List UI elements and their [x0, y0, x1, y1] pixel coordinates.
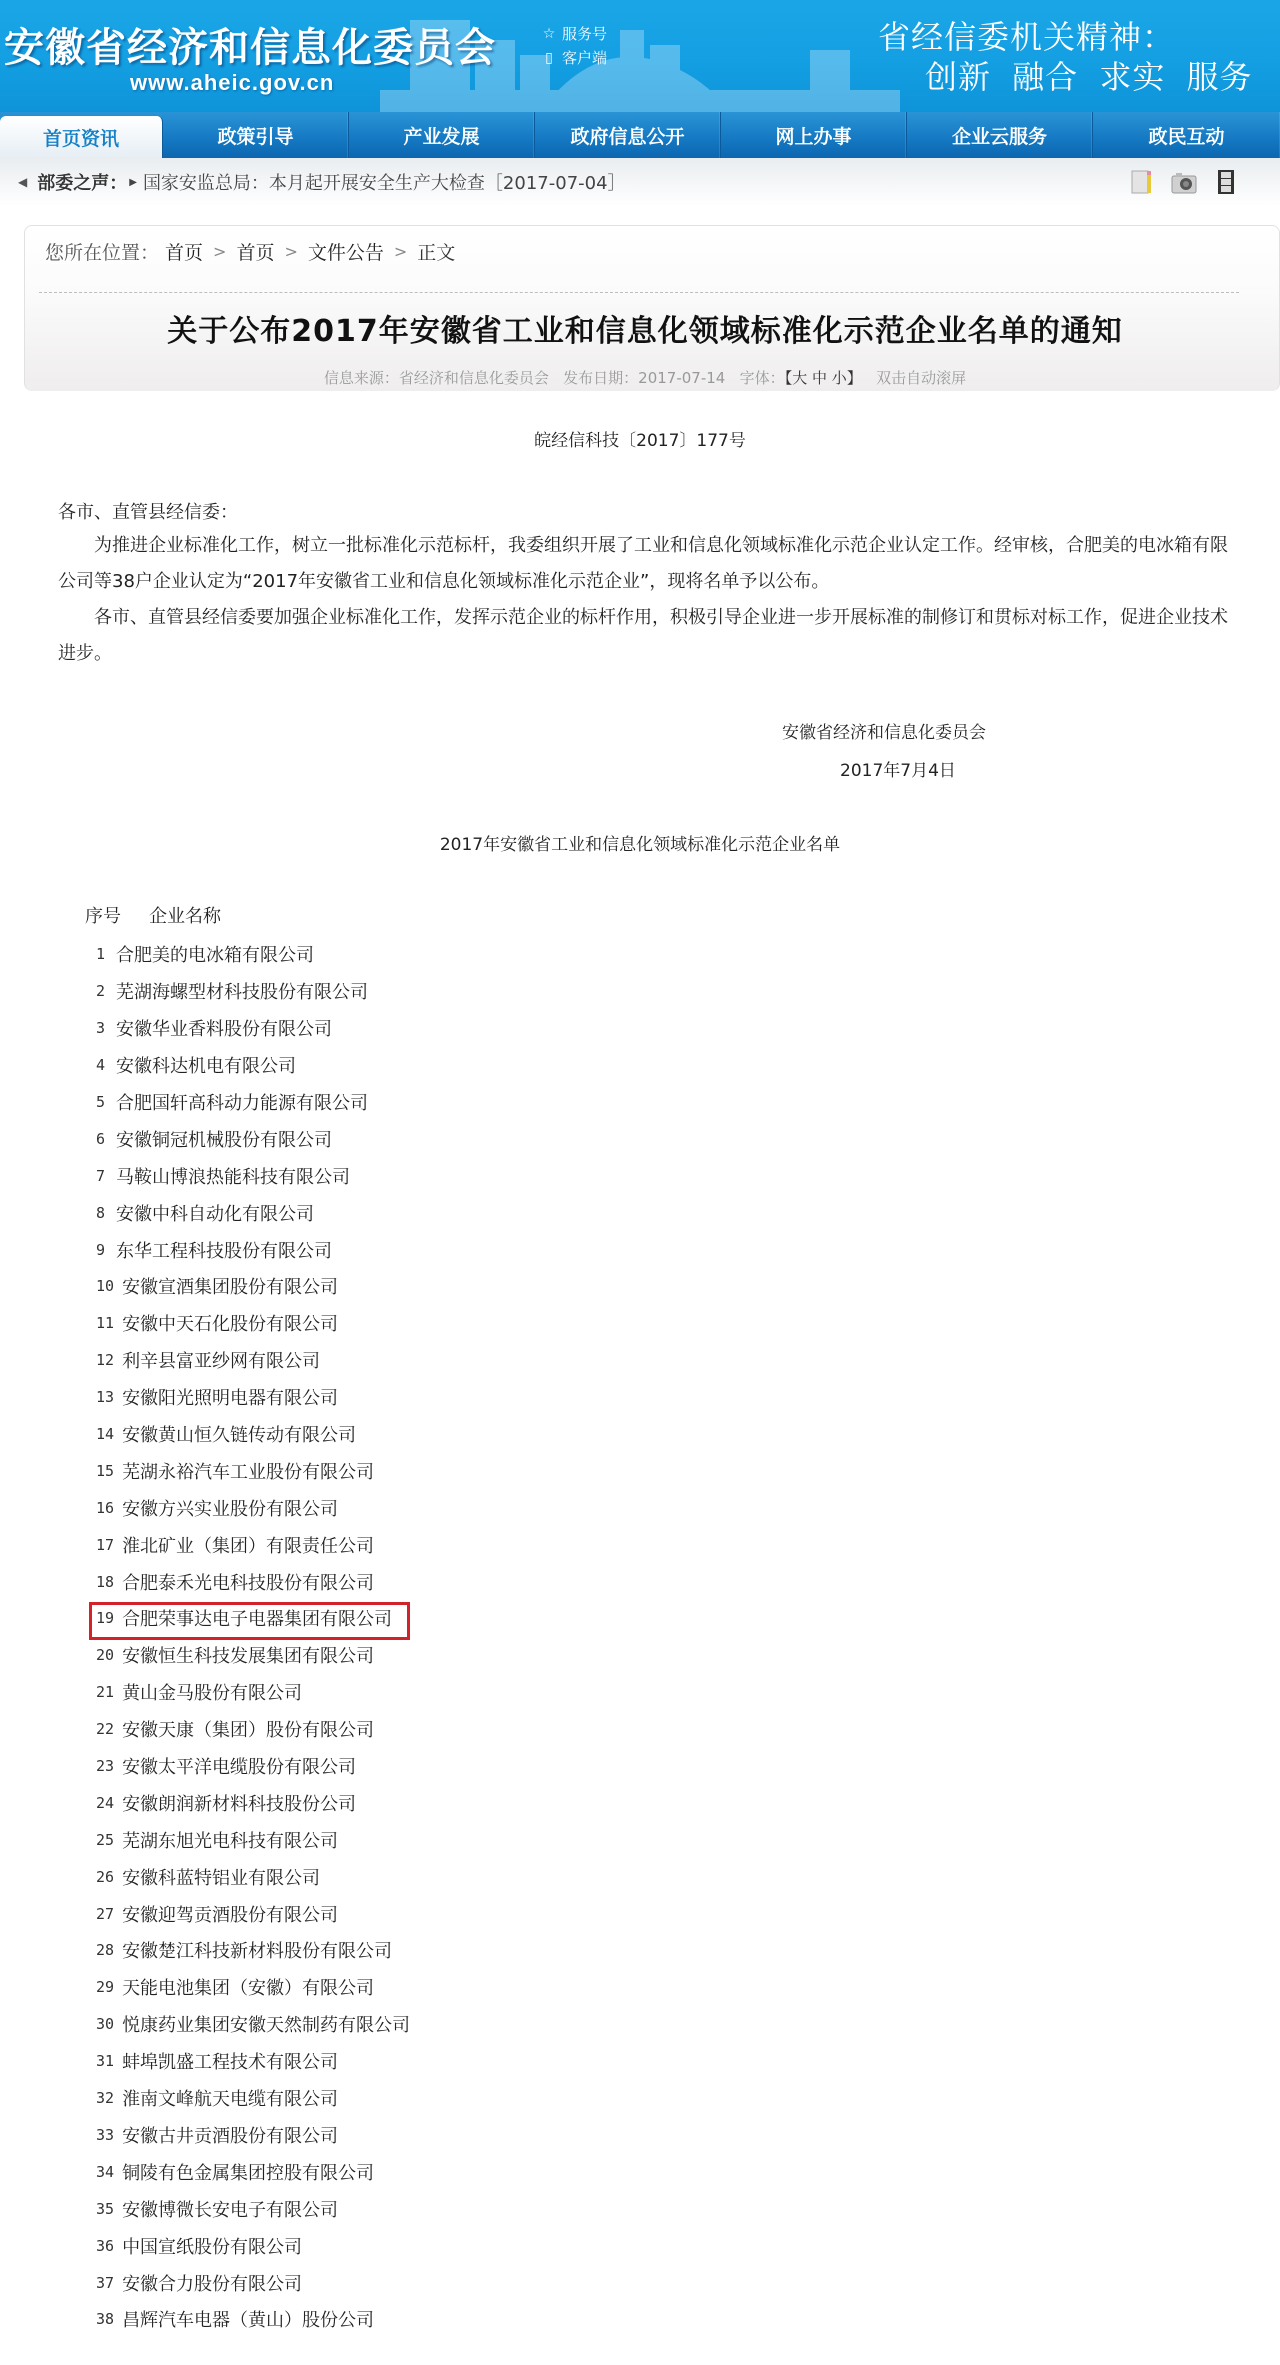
list-item: 31蚌埠凯盛工程技术有限公司: [96, 2043, 410, 2080]
service-account-link[interactable]: ☆ 服务号: [542, 22, 607, 46]
item-index: 11: [96, 1314, 114, 1332]
item-index: 12: [96, 1351, 114, 1369]
quick-links: ☆ 服务号 ▯ 客户端: [542, 22, 607, 70]
nav-item-public-interaction[interactable]: 政民互动: [1093, 112, 1280, 158]
breadcrumb: 您所在位置： 首页 > 首页 > 文件公告 > 正文: [45, 238, 455, 265]
list-item: 9东华工程科技股份有限公司: [96, 1231, 410, 1268]
company-name: 安徽合力股份有限公司: [122, 2270, 302, 2296]
company-name: 合肥荣事达电子电器集团有限公司: [122, 1605, 392, 1631]
item-index: 4: [96, 1056, 108, 1074]
item-index: 33: [96, 2126, 114, 2144]
item-index: 8: [96, 1204, 108, 1222]
item-index: 27: [96, 1905, 114, 1923]
item-index: 3: [96, 1019, 108, 1037]
item-index: 34: [96, 2163, 114, 2181]
list-item: 7马鞍山博浪热能科技有限公司: [96, 1157, 410, 1194]
nav-item-enterprise-cloud[interactable]: 企业云服务: [907, 112, 1093, 158]
item-index: 36: [96, 2237, 114, 2255]
film-icon[interactable]: [1212, 168, 1240, 196]
company-name: 安徽中天石化股份有限公司: [122, 1310, 338, 1336]
company-name: 安徽朗润新材料科技股份公司: [122, 1790, 356, 1816]
company-name: 安徽科达机电有限公司: [116, 1052, 296, 1078]
list-item: 17淮北矿业（集团）有限责任公司: [96, 1526, 410, 1563]
breadcrumb-home[interactable]: 首页: [165, 238, 203, 265]
list-item: 34铜陵有色金属集团控股有限公司: [96, 2153, 410, 2190]
header-company-name: 企业名称: [149, 906, 221, 927]
list-item: 15芜湖永裕汽车工业股份有限公司: [96, 1452, 410, 1489]
item-index: 6: [96, 1130, 108, 1148]
news-ticker: ◀︎ 部委之声： ▶ 国家安监总局：本月起开展安全生产大检查［2017-07-0…: [0, 158, 1280, 206]
font-size-small[interactable]: 小: [832, 369, 847, 387]
site-banner: 安徽省经济和信息化委员会 www.aheic.gov.cn ☆ 服务号 ▯ 客户…: [0, 0, 1280, 112]
list-item: 21黄山金马股份有限公司: [96, 1674, 410, 1711]
list-item: 36中国宣纸股份有限公司: [96, 2227, 410, 2264]
company-name: 昌辉汽车电器（黄山）股份公司: [122, 2306, 374, 2332]
slogan-values: 创新 融合 求实 服务: [925, 52, 1253, 98]
item-index: 15: [96, 1462, 114, 1480]
speaker-icon: ◀︎: [18, 175, 27, 189]
font-size-medium[interactable]: 中: [812, 369, 827, 387]
company-name: 芜湖永裕汽车工业股份有限公司: [122, 1458, 374, 1484]
ticker-label: 部委之声：: [37, 169, 127, 195]
company-name: 安徽迎驾贡酒股份有限公司: [122, 1901, 338, 1927]
header-index: 序号: [85, 906, 121, 927]
company-name: 淮北矿业（集团）有限责任公司: [122, 1532, 374, 1558]
company-name: 中国宣纸股份有限公司: [122, 2233, 302, 2259]
list-item-highlighted: 19合肥荣事达电子电器集团有限公司: [96, 1600, 410, 1637]
item-index: 38: [96, 2310, 114, 2328]
client-app-label: 客户端: [562, 46, 607, 70]
list-item: 30悦康药业集团安徽天然制药有限公司: [96, 2006, 410, 2043]
service-account-label: 服务号: [562, 22, 607, 46]
company-name: 马鞍山博浪热能科技有限公司: [116, 1163, 350, 1189]
item-index: 18: [96, 1573, 114, 1591]
company-name: 安徽阳光照明电器有限公司: [122, 1384, 338, 1410]
company-name: 悦康药业集团安徽天然制药有限公司: [122, 2011, 410, 2037]
list-item: 1合肥美的电冰箱有限公司: [96, 936, 410, 973]
breadcrumb-current: 正文: [417, 238, 455, 265]
company-name: 东华工程科技股份有限公司: [116, 1237, 332, 1263]
list-item: 32淮南文峰航天电缆有限公司: [96, 2080, 410, 2117]
company-name: 安徽中科自动化有限公司: [116, 1200, 314, 1226]
list-item: 37安徽合力股份有限公司: [96, 2264, 410, 2301]
signer: 安徽省经济和信息化委员会: [782, 718, 986, 743]
item-index: 14: [96, 1425, 114, 1443]
item-index: 1: [96, 945, 108, 963]
company-name: 黄山金马股份有限公司: [122, 1679, 302, 1705]
notebook-icon[interactable]: [1128, 168, 1156, 196]
nav-item-policy[interactable]: 政策引导: [163, 112, 349, 158]
item-index: 20: [96, 1646, 114, 1664]
item-index: 26: [96, 1868, 114, 1886]
company-name: 安徽宣酒集团股份有限公司: [122, 1273, 338, 1299]
list-item: 24安徽朗润新材料科技股份公司: [96, 1784, 410, 1821]
company-name: 合肥泰禾光电科技股份有限公司: [122, 1569, 374, 1595]
breadcrumb-announcements[interactable]: 文件公告: [308, 238, 384, 265]
company-name: 安徽楚江科技新材料股份有限公司: [122, 1937, 392, 1963]
item-index: 21: [96, 1683, 114, 1701]
list-item: 3安徽华业香料股份有限公司: [96, 1010, 410, 1047]
auto-scroll-toggle[interactable]: 双击自动滚屏: [876, 369, 966, 387]
list-item: 35安徽博微长安电子有限公司: [96, 2190, 410, 2227]
nav-item-online-services[interactable]: 网上办事: [721, 112, 907, 158]
main-nav: 首页资讯 政策引导 产业发展 政府信息公开 网上办事 企业云服务 政民互动: [0, 112, 1280, 158]
ticker-tools: [1128, 168, 1240, 196]
company-name: 芜湖海螺型材科技股份有限公司: [116, 978, 368, 1004]
article-meta: 信息来源：省经济和信息化委员会 发布日期：2017-07-14 字体：【大 中 …: [25, 367, 1265, 388]
list-item: 27安徽迎驾贡酒股份有限公司: [96, 1895, 410, 1932]
item-index: 30: [96, 2015, 114, 2033]
list-item: 23安徽太平洋电缆股份有限公司: [96, 1748, 410, 1785]
list-item: 25芜湖东旭光电科技有限公司: [96, 1821, 410, 1858]
list-item: 22安徽天康（集团）股份有限公司: [96, 1711, 410, 1748]
list-item: 11安徽中天石化股份有限公司: [96, 1305, 410, 1342]
item-index: 29: [96, 1978, 114, 1996]
list-item: 26安徽科蓝特铝业有限公司: [96, 1858, 410, 1895]
company-name: 淮南文峰航天电缆有限公司: [122, 2085, 338, 2111]
document-number: 皖经信科技〔2017〕177号: [0, 426, 1280, 451]
list-item: 18合肥泰禾光电科技股份有限公司: [96, 1563, 410, 1600]
article-title: 关于公布2017年安徽省工业和信息化领域标准化示范企业名单的通知: [25, 306, 1265, 350]
item-index: 23: [96, 1757, 114, 1775]
company-name: 铜陵有色金属集团控股有限公司: [122, 2159, 374, 2185]
nav-item-home-news[interactable]: 首页资讯: [0, 116, 163, 158]
company-name: 合肥美的电冰箱有限公司: [116, 941, 314, 967]
company-name: 安徽博微长安电子有限公司: [122, 2196, 338, 2222]
breadcrumb-home-2[interactable]: 首页: [236, 238, 274, 265]
item-index: 25: [96, 1831, 114, 1849]
list-item: 6安徽铜冠机械股份有限公司: [96, 1120, 410, 1157]
company-name: 天能电池集团（安徽）有限公司: [122, 1974, 374, 2000]
list-title: 2017年安徽省工业和信息化领域标准化示范企业名单: [0, 830, 1280, 855]
item-index: 7: [96, 1167, 108, 1185]
list-item: 10安徽宣酒集团股份有限公司: [96, 1268, 410, 1305]
list-item: 20安徽恒生科技发展集团有限公司: [96, 1637, 410, 1674]
site-title: 安徽省经济和信息化委员会: [4, 16, 496, 73]
meta-date: 发布日期：2017-07-14: [563, 369, 725, 387]
list-item: 5合肥国轩高科动力能源有限公司: [96, 1084, 410, 1121]
company-list: 1合肥美的电冰箱有限公司2芜湖海螺型材科技股份有限公司3安徽华业香料股份有限公司…: [96, 936, 410, 2338]
list-item: 4安徽科达机电有限公司: [96, 1047, 410, 1084]
item-index: 24: [96, 1794, 114, 1812]
item-index: 32: [96, 2089, 114, 2107]
company-name: 安徽科蓝特铝业有限公司: [122, 1864, 320, 1890]
camera-icon[interactable]: [1170, 168, 1198, 196]
body-paragraph-2: 各市、直管县经信委要加强企业标准化工作，发挥示范企业的标杆作用，积极引导企业进一…: [58, 600, 1228, 672]
chevron-right-icon: >: [213, 242, 226, 261]
item-index: 31: [96, 2052, 114, 2070]
salutation: 各市、直管县经信委：: [58, 498, 238, 524]
meta-font-label: 字体：: [740, 369, 785, 387]
company-name: 利辛县富亚纱网有限公司: [122, 1347, 320, 1373]
item-index: 5: [96, 1093, 108, 1111]
list-item: 38昌辉汽车电器（黄山）股份公司: [96, 2301, 410, 2338]
company-name: 安徽天康（集团）股份有限公司: [122, 1716, 374, 1742]
list-item: 12利辛县富亚纱网有限公司: [96, 1342, 410, 1379]
company-name: 安徽黄山恒久链传动有限公司: [122, 1421, 356, 1447]
item-index: 2: [96, 982, 108, 1000]
company-name: 芜湖东旭光电科技有限公司: [122, 1827, 338, 1853]
list-item: 8安徽中科自动化有限公司: [96, 1194, 410, 1231]
body-paragraph-1: 为推进企业标准化工作，树立一批标准化示范标杆，我委组织开展了工业和信息化领域标准…: [58, 528, 1228, 600]
sign-date: 2017年7月4日: [840, 756, 956, 781]
item-index: 9: [96, 1241, 108, 1259]
item-index: 35: [96, 2200, 114, 2218]
list-item: 33安徽古井贡酒股份有限公司: [96, 2117, 410, 2154]
list-item: 28安徽楚江科技新材料股份有限公司: [96, 1932, 410, 1969]
item-index: 16: [96, 1499, 114, 1517]
ticker-news-link[interactable]: 国家安监总局：本月起开展安全生产大检查［2017-07-04］: [143, 169, 626, 195]
company-name: 蚌埠凯盛工程技术有限公司: [122, 2048, 338, 2074]
company-name: 安徽太平洋电缆股份有限公司: [122, 1753, 356, 1779]
chevron-right-icon: >: [394, 242, 407, 261]
company-name: 合肥国轩高科动力能源有限公司: [116, 1089, 368, 1115]
list-item: 2芜湖海螺型材科技股份有限公司: [96, 973, 410, 1010]
item-index: 37: [96, 2274, 114, 2292]
star-icon: ☆: [542, 22, 556, 46]
site-url: www.aheic.gov.cn: [130, 70, 334, 96]
client-app-link[interactable]: ▯ 客户端: [542, 46, 607, 70]
company-name: 安徽铜冠机械股份有限公司: [116, 1126, 332, 1152]
company-name: 安徽古井贡酒股份有限公司: [122, 2122, 338, 2148]
item-index: 19: [96, 1609, 114, 1627]
item-index: 10: [96, 1277, 114, 1295]
arrow-right-icon: ▶: [129, 177, 137, 188]
list-item: 29天能电池集团（安徽）有限公司: [96, 1969, 410, 2006]
item-index: 22: [96, 1720, 114, 1738]
chevron-right-icon: >: [284, 242, 297, 261]
divider: [39, 292, 1239, 293]
item-index: 28: [96, 1941, 114, 1959]
company-name: 安徽恒生科技发展集团有限公司: [122, 1642, 374, 1668]
list-item: 14安徽黄山恒久链传动有限公司: [96, 1416, 410, 1453]
list-item: 16安徽方兴实业股份有限公司: [96, 1489, 410, 1526]
meta-source: 信息来源：省经济和信息化委员会: [324, 369, 549, 387]
nav-item-industry[interactable]: 产业发展: [349, 112, 535, 158]
list-item: 13安徽阳光照明电器有限公司: [96, 1379, 410, 1416]
font-size-bracket-close: 】: [847, 369, 862, 387]
item-index: 13: [96, 1388, 114, 1406]
company-name: 安徽方兴实业股份有限公司: [122, 1495, 338, 1521]
list-header: 序号企业名称: [85, 902, 221, 928]
item-index: 17: [96, 1536, 114, 1554]
article-header-panel: 您所在位置： 首页 > 首页 > 文件公告 > 正文 关于公布2017年安徽省工…: [24, 225, 1280, 391]
font-size-large[interactable]: 大: [792, 369, 807, 387]
mobile-icon: ▯: [542, 46, 556, 70]
nav-item-gov-info[interactable]: 政府信息公开: [535, 112, 721, 158]
company-name: 安徽华业香料股份有限公司: [116, 1015, 332, 1041]
breadcrumb-prefix: 您所在位置：: [45, 238, 159, 265]
